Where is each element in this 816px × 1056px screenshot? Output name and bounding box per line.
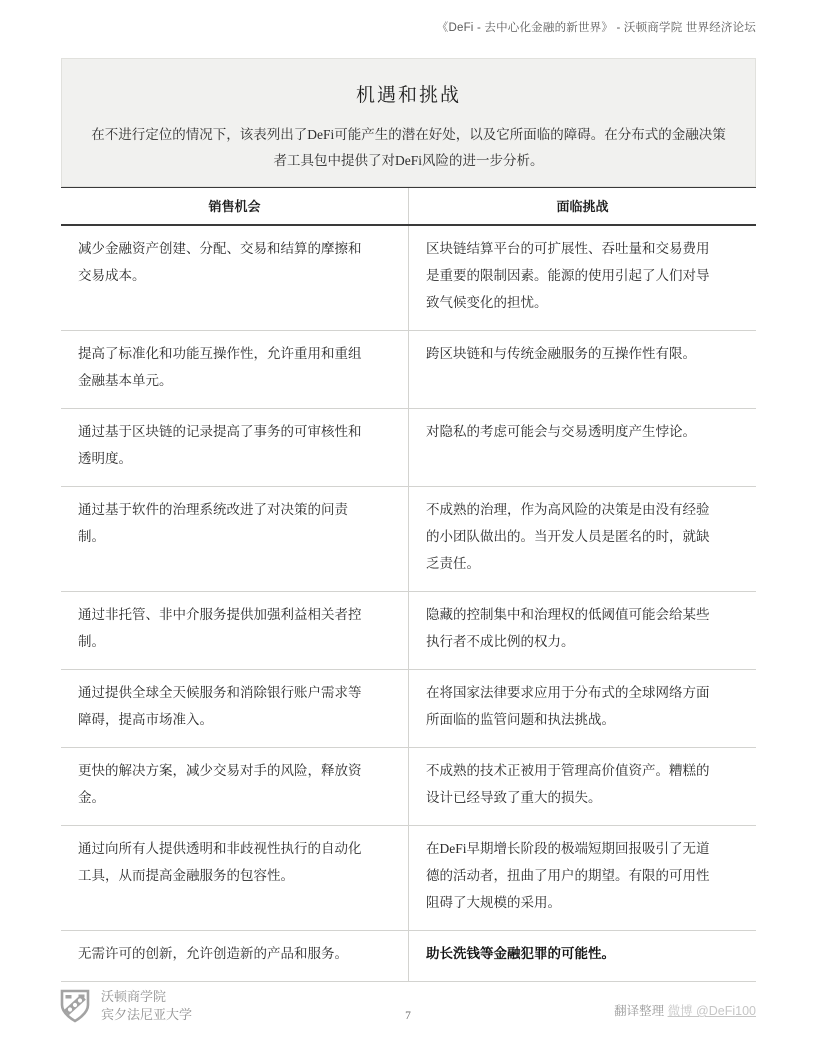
opportunity-cell: 通过向所有人提供透明和非歧视性执行的自动化工具，从而提高金融服务的包容性。: [61, 826, 409, 931]
opportunities-challenges-table: 销售机会 面临挑战 减少金融资产创建、分配、交易和结算的摩擦和交易成本。 区块链…: [61, 187, 756, 982]
challenge-cell: 跨区块链和与传统金融服务的互操作性有限。: [409, 331, 757, 409]
opportunity-cell: 无需许可的创新，允许创造新的产品和服务。: [61, 931, 409, 982]
challenge-cell: 在将国家法律要求应用于分布式的全球网络方面所面临的监管问题和执法挑战。: [409, 670, 757, 748]
opportunity-cell: 提高了标准化和功能互操作性，允许重用和重组金融基本单元。: [61, 331, 409, 409]
table-row: 减少金融资产创建、分配、交易和结算的摩擦和交易成本。 区块链结算平台的可扩展性、…: [61, 225, 756, 331]
challenge-cell: 区块链结算平台的可扩展性、吞吐量和交易费用是重要的限制因素。能源的使用引起了人们…: [409, 225, 757, 331]
document-page: 《DeFi - 去中心化金融的新世界》 - 沃顿商学院 世界经济论坛 机遇和挑战…: [0, 0, 816, 1056]
opportunity-cell: 通过提供全球全天候服务和消除银行账户需求等障碍，提高市场准入。: [61, 670, 409, 748]
footer-credit: 翻译整理 微博 @DeFi100: [614, 1001, 756, 1019]
table-body: 减少金融资产创建、分配、交易和结算的摩擦和交易成本。 区块链结算平台的可扩展性、…: [61, 225, 756, 982]
table-row: 提高了标准化和功能互操作性，允许重用和重组金融基本单元。 跨区块链和与传统金融服…: [61, 331, 756, 409]
opportunity-cell: 通过非托管、非中介服务提供加强利益相关者控制。: [61, 592, 409, 670]
opportunity-cell: 减少金融资产创建、分配、交易和结算的摩擦和交易成本。: [61, 225, 409, 331]
challenge-cell: 助长洗钱等金融犯罪的可能性。: [409, 931, 757, 982]
opportunity-cell: 通过基于软件的治理系统改进了对决策的问责制。: [61, 487, 409, 592]
page-title: 机遇和挑战: [62, 80, 755, 107]
table-row: 通过向所有人提供透明和非歧视性执行的自动化工具，从而提高金融服务的包容性。 在D…: [61, 826, 756, 931]
challenge-cell: 不成熟的技术正被用于管理高价值资产。糟糕的设计已经导致了重大的损失。: [409, 748, 757, 826]
credit-weibo-link[interactable]: 微博 @DeFi100: [668, 1004, 756, 1018]
column-header-challenges: 面临挑战: [409, 188, 757, 226]
table-row: 通过基于软件的治理系统改进了对决策的问责制。 不成熟的治理，作为高风险的决策是由…: [61, 487, 756, 592]
intro-description: 在不进行定位的情况下，该表列出了DeFi可能产生的潜在好处，以及它所面临的障碍。…: [86, 122, 732, 174]
challenge-cell: 在DeFi早期增长阶段的极端短期回报吸引了无道德的活动者，扭曲了用户的期望。有限…: [409, 826, 757, 931]
footer-org-line1: 沃顿商学院: [101, 988, 192, 1006]
table-row: 通过基于区块链的记录提高了事务的可审核性和透明度。 对隐私的考虑可能会与交易透明…: [61, 409, 756, 487]
credit-label: 翻译整理: [614, 1004, 664, 1018]
page-header-citation: 《DeFi - 去中心化金融的新世界》 - 沃顿商学院 世界经济论坛: [437, 19, 756, 35]
column-header-opportunities: 销售机会: [61, 188, 409, 226]
challenge-cell: 不成熟的治理，作为高风险的决策是由没有经验的小团队做出的。当开发人员是匿名的时，…: [409, 487, 757, 592]
challenge-cell: 对隐私的考虑可能会与交易透明度产生悖论。: [409, 409, 757, 487]
opportunity-cell: 更快的解决方案，减少交易对手的风险，释放资金。: [61, 748, 409, 826]
intro-box: 机遇和挑战 在不进行定位的情况下，该表列出了DeFi可能产生的潜在好处，以及它所…: [61, 58, 756, 187]
table-row: 通过提供全球全天候服务和消除银行账户需求等障碍，提高市场准入。 在将国家法律要求…: [61, 670, 756, 748]
opportunity-cell: 通过基于区块链的记录提高了事务的可审核性和透明度。: [61, 409, 409, 487]
table-row: 无需许可的创新，允许创造新的产品和服务。 助长洗钱等金融犯罪的可能性。: [61, 931, 756, 982]
table-row: 通过非托管、非中介服务提供加强利益相关者控制。 隐藏的控制集中和治理权的低阈值可…: [61, 592, 756, 670]
table-row: 更快的解决方案，减少交易对手的风险，释放资金。 不成熟的技术正被用于管理高价值资…: [61, 748, 756, 826]
table-header-row: 销售机会 面临挑战: [61, 188, 756, 226]
challenge-cell: 隐藏的控制集中和治理权的低阈值可能会给某些执行者不成比例的权力。: [409, 592, 757, 670]
